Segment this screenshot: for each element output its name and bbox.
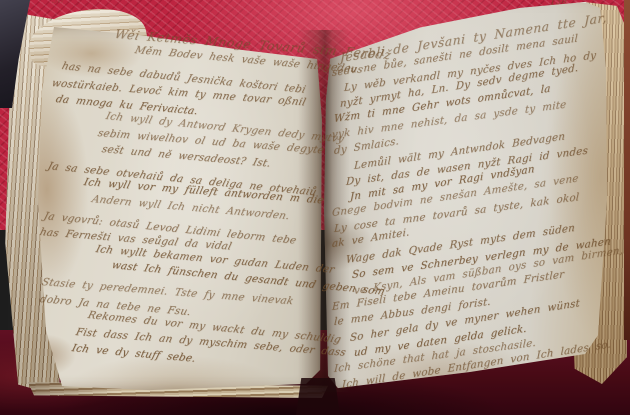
right-page-text: Jesabli de Jevšani ty Namena tte Jar,sed…: [332, 52, 612, 392]
left-page-text: Wěi Ketměs Mnoge Tovarů sim FeredžMěm Bo…: [40, 28, 324, 378]
manuscript-photo: Wěi Ketměs Mnoge Tovarů sim FeredžMěm Bo…: [0, 0, 630, 415]
manuscript-line: Ich ve dy stuff sebe.: [71, 343, 197, 364]
frame-edge-sliver: [624, 0, 630, 340]
left-page-number: 36: [52, 0, 64, 6]
